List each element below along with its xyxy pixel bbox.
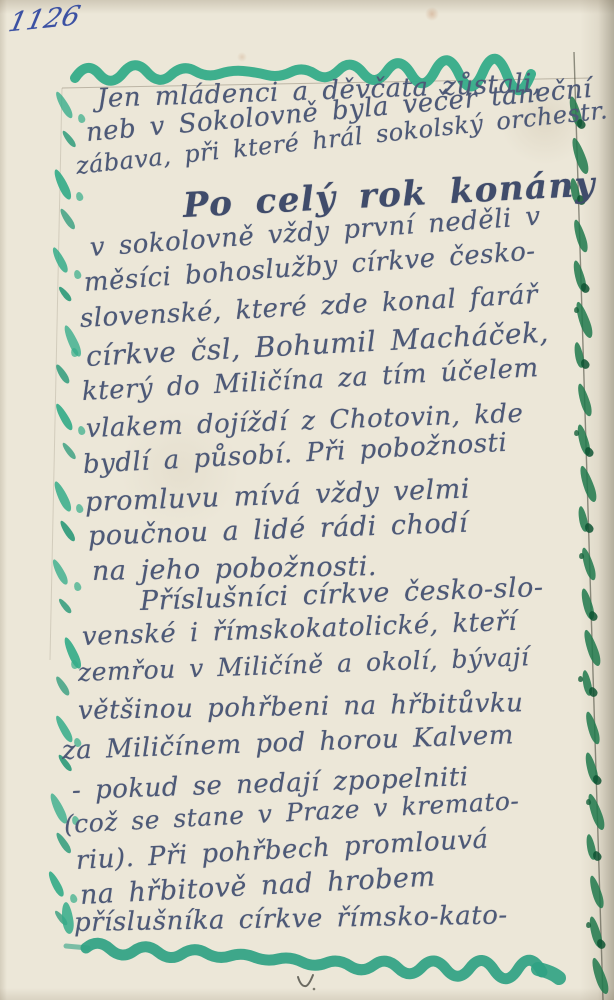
bottom-wavy-border — [86, 943, 542, 979]
pen-dot — [313, 988, 316, 991]
pen-check-mark — [298, 975, 313, 986]
right-border-dot — [585, 922, 591, 929]
right-border-dot — [585, 799, 591, 806]
chronicle-page: 1126 Jen mládenci a děvčata zůstali,neb … — [0, 0, 614, 1000]
bottom-wavy-border-end — [538, 969, 559, 978]
bottom-wavy-border-start — [66, 946, 88, 948]
